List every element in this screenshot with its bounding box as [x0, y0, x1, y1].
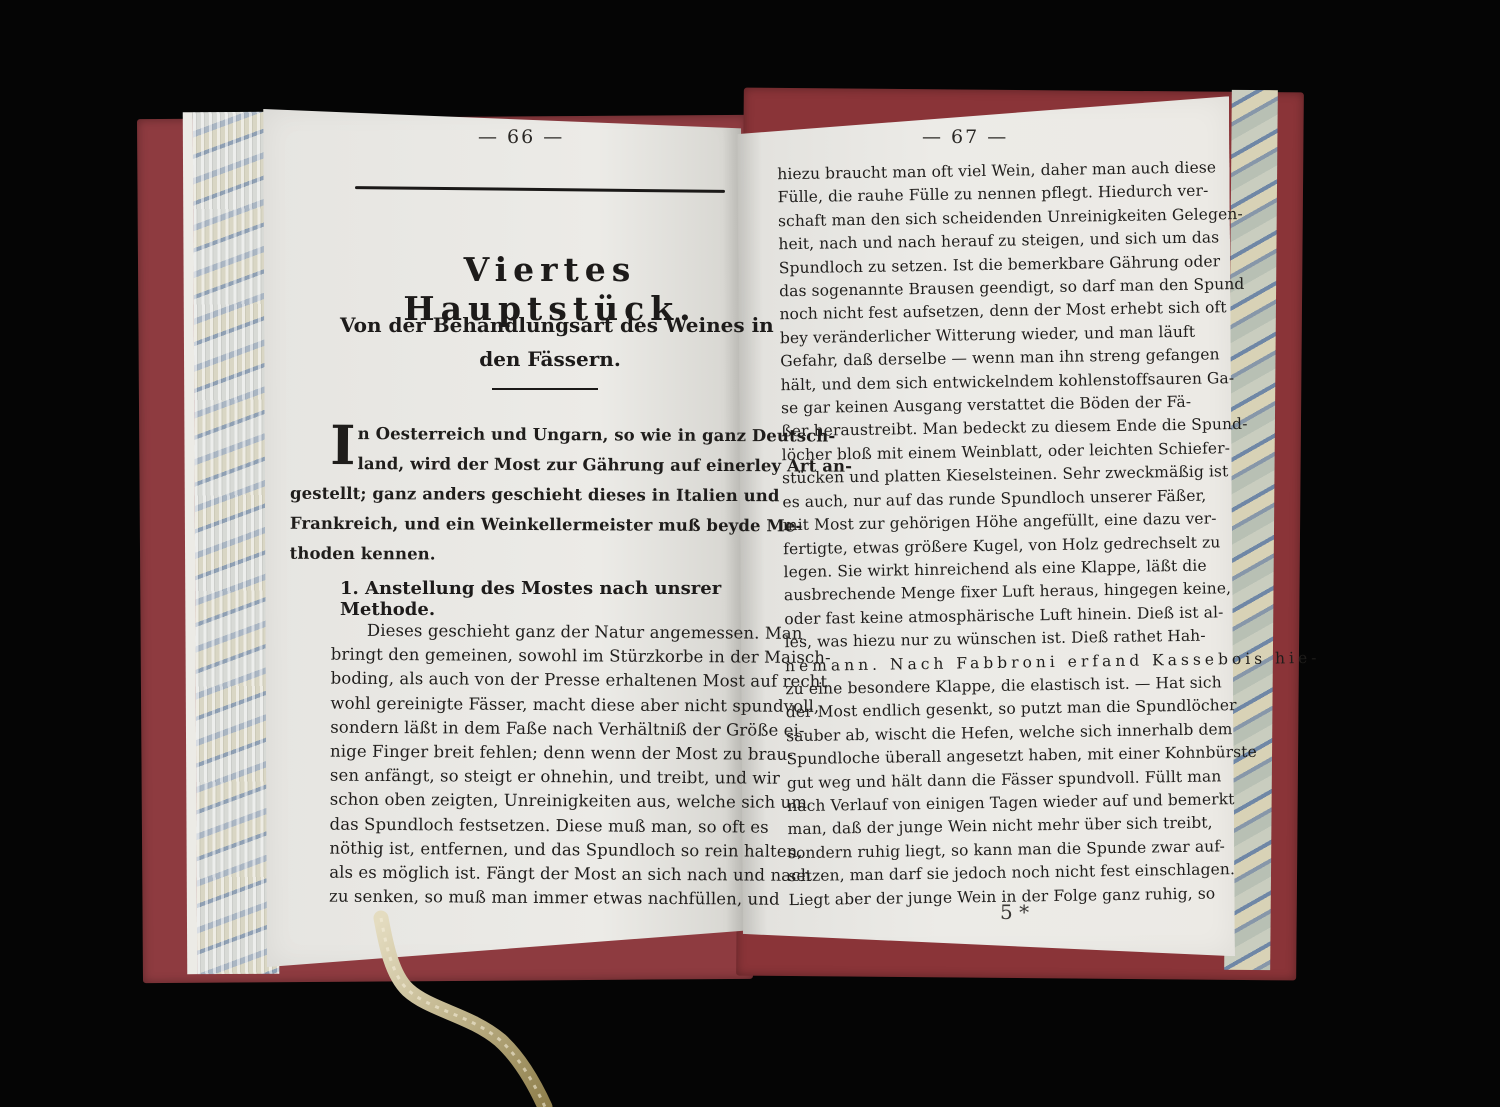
text-line: Frankreich, und ein Weinkellermeister mu… [290, 509, 735, 541]
chapter-subtitle-line: den Fässern. [340, 342, 760, 376]
text-line: thoden kennen. [290, 539, 735, 571]
drop-cap: I [330, 421, 356, 469]
text-line: gestellt; ganz anders geschieht dieses i… [290, 479, 735, 511]
text-line: schon oben zeigten, Unreinigkeiten aus, … [330, 788, 735, 815]
chapter-rule-bottom [492, 388, 598, 390]
text-line: nige Finger breit fehlen; denn wenn der … [330, 740, 735, 767]
text-line: nöthig ist, entfernen, und das Spundloch… [329, 836, 734, 863]
chapter-subtitle-line: Von der Behandlungsart des Weines in [340, 308, 760, 342]
section-heading: 1. Anstellung des Mostes nach unsrer Met… [340, 578, 740, 620]
chapter-subtitle: Von der Behandlungsart des Weines in den… [340, 308, 760, 376]
text-line: zu senken, so muß man immer etwas nachfü… [329, 885, 734, 912]
intro-paragraph: I n Oesterreich und Ungarn, so wie in ga… [330, 419, 736, 571]
text-line: sondern läßt in dem Faße nach Verhältniß… [330, 715, 735, 742]
book-photo: — 66 — Viertes Hauptstück. Von der Behan… [0, 0, 1500, 1107]
signature-mark: 5 * [1000, 900, 1029, 924]
text-line: boding, als auch von der Presse erhalten… [331, 667, 736, 694]
text-line: land, wird der Most zur Gährung auf eine… [290, 449, 735, 481]
left-body-paragraph: Dieses geschieht ganz der Natur angemess… [329, 619, 736, 912]
text-line: Dieses geschieht ganz der Natur angemess… [331, 619, 736, 646]
text-line: sen anfängt, so steigt er ohnehin, und t… [330, 764, 735, 791]
text-line: bringt den gemeinen, sowohl im Stürzkorb… [331, 643, 736, 670]
page-number-left: — 66 — [478, 126, 564, 148]
text-line: das Spundloch festsetzen. Diese muß man,… [329, 812, 734, 839]
text-line: n Oesterreich und Ungarn, so wie in ganz… [330, 419, 735, 451]
right-body-paragraph: hiezu braucht man oft viel Wein, daher m… [777, 157, 1199, 912]
text-line: wohl gereinigte Fässer, macht diese aber… [330, 691, 735, 718]
page-number-right: — 67 — [922, 126, 1008, 148]
text-line: als es möglich ist. Fängt der Most an si… [329, 861, 734, 888]
